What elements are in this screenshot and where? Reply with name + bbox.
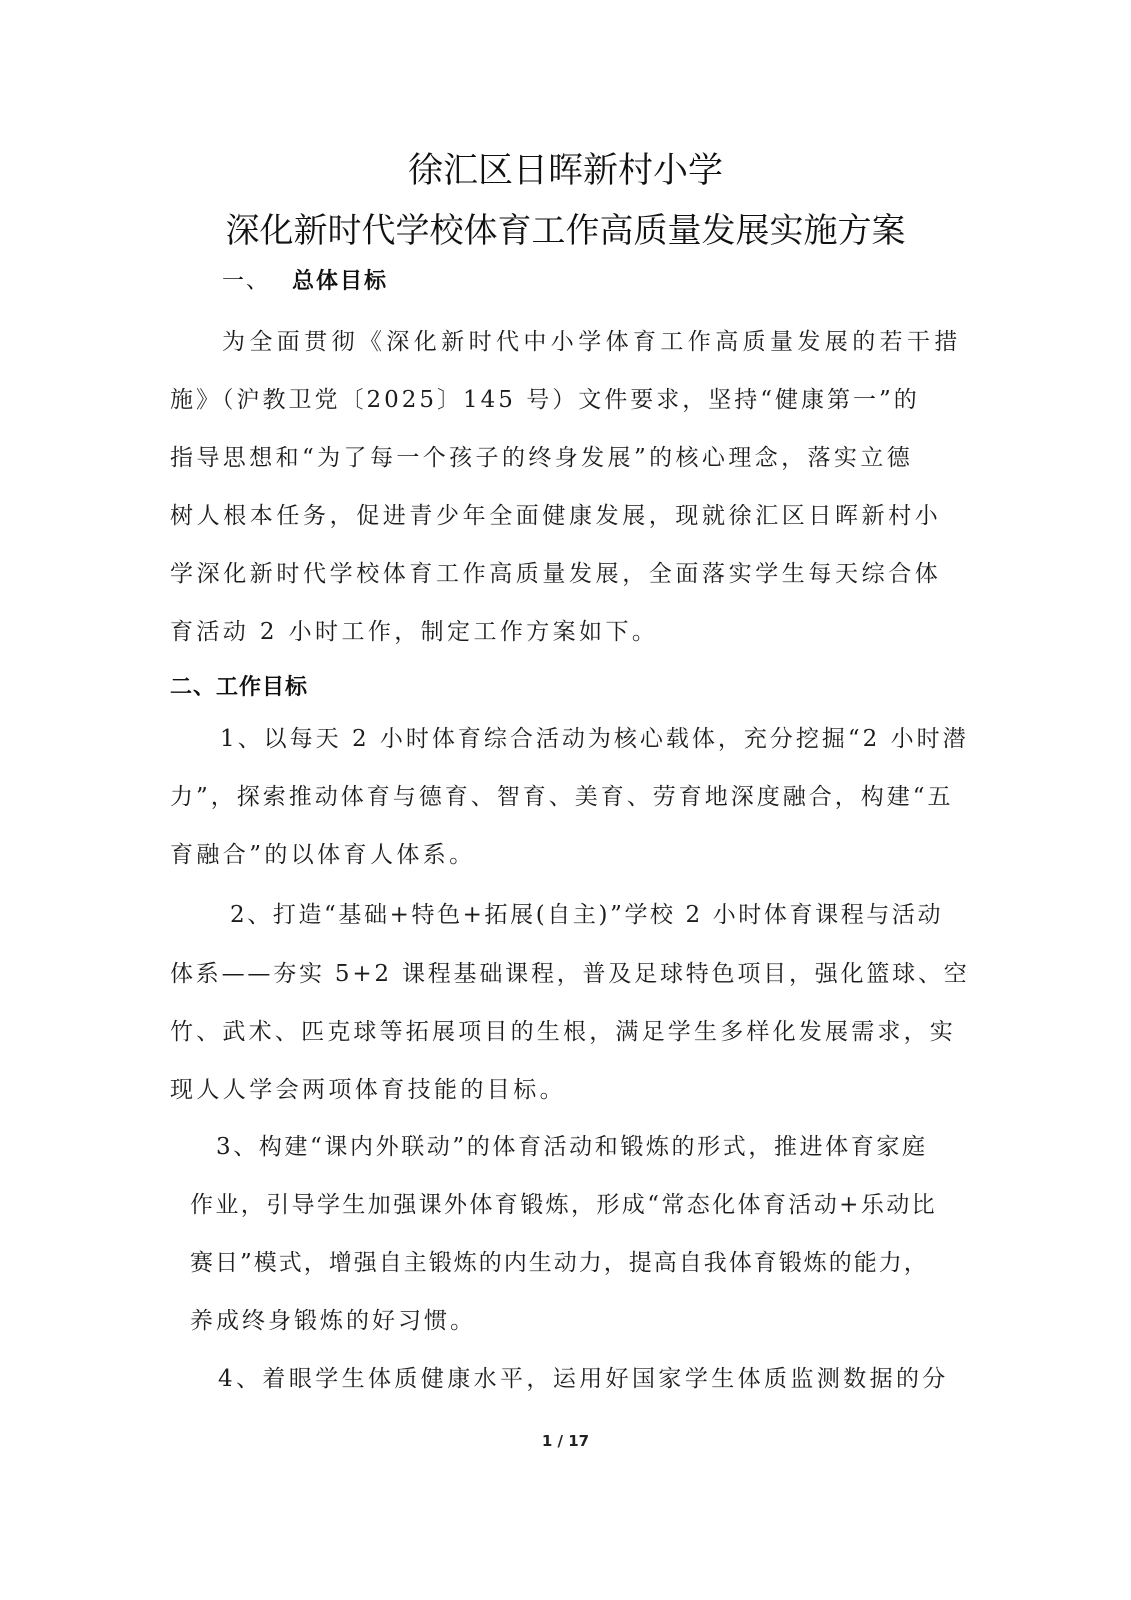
section-number: 一、 [222, 269, 270, 294]
document-title-school: 徐汇区日晖新村小学 [0, 143, 1131, 193]
document-title-plan: 深化新时代学校体育工作高质量发展实施方案 [0, 203, 1131, 252]
paragraph-line: 树人根本任务，促进青少年全面健康发展，现就徐汇区日晖新村小 [170, 497, 941, 530]
paragraph-line: 学深化新时代学校体育工作高质量发展，全面落实学生每天综合体 [170, 555, 941, 588]
paragraph-line: 体系——夯实 5+2 课程基础课程，普及足球特色项目，强化篮球、空 [170, 955, 970, 988]
document-page: 徐汇区日晖新村小学 深化新时代学校体育工作高质量发展实施方案 一、总体目标 为全… [0, 0, 1131, 1600]
section-heading-work-goals: 二、工作目标 [170, 670, 308, 701]
section-heading-overall-goals: 一、总体目标 [222, 264, 388, 295]
paragraph-line: 育融合”的以体育人体系。 [170, 836, 476, 869]
paragraph-line: 为全面贯彻《深化新时代中小学体育工作高质量发展的若干措 [222, 323, 962, 356]
paragraph-line: 2、打造“基础+特色+拓展(自主)”学校 2 小时体育课程与活动 [230, 896, 943, 929]
paragraph-line: 1、以每天 2 小时体育综合活动为核心载体，充分挖掘“2 小时潜 [220, 720, 969, 753]
paragraph-line: 赛日”模式，增强自主锻炼的内生动力，提高自我体育锻炼的能力， [190, 1244, 929, 1277]
paragraph-line: 4、着眼学生体质健康水平，运用好国家学生体质监测数据的分 [218, 1360, 949, 1393]
paragraph-line: 指导思想和“为了每一个孩子的终身发展”的核心理念，落实立德 [170, 439, 913, 472]
paragraph-line: 作业，引导学生加强课外体育锻炼，形成“常态化体育活动+乐动比 [190, 1186, 937, 1219]
section-heading-text: 总体目标 [292, 269, 388, 294]
paragraph-line: 施》（沪教卫党〔2025〕145 号）文件要求，坚持“健康第一”的 [170, 381, 920, 414]
paragraph-line: 竹、武术、匹克球等拓展项目的生根，满足学生多样化发展需求，实 [170, 1013, 956, 1046]
paragraph-line: 养成终身锻炼的好习惯。 [190, 1302, 476, 1335]
paragraph-line: 力”，探索推动体育与德育、智育、美育、劳育地深度融合，构建“五 [170, 778, 954, 811]
paragraph-line: 现人人学会两项体育技能的目标。 [170, 1071, 566, 1104]
paragraph-line: 育活动 2 小时工作，制定工作方案如下。 [170, 613, 658, 646]
page-indicator: 1 / 17 [0, 1432, 1131, 1450]
paragraph-line: 3、构建“课内外联动”的体育活动和锻炼的形式，推进体育家庭 [216, 1128, 928, 1161]
